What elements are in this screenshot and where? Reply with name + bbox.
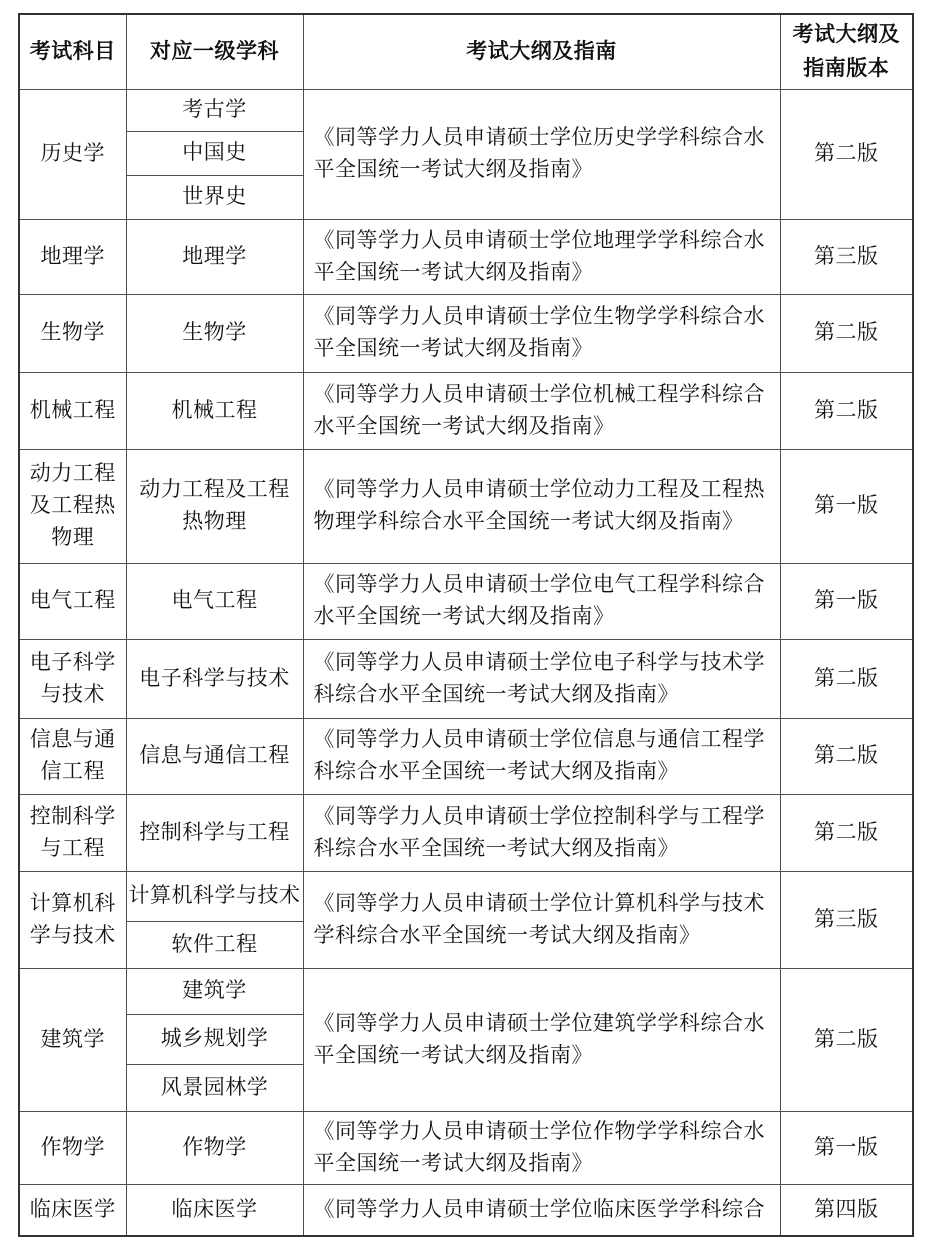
- guide-cell: 《同等学力人员申请硕士学位建筑学学科综合水 平全国统一考试大纲及指南》: [303, 968, 780, 1111]
- discipline-cell: 建筑学: [126, 968, 303, 1014]
- subject-cell: 建筑学: [19, 968, 126, 1111]
- guide-cell: 《同等学力人员申请硕士学位历史学学科综合水 平全国统一考试大纲及指南》: [303, 89, 780, 219]
- header-row: 考试科目 对应一级学科 考试大纲及指南 考试大纲及 指南版本: [19, 14, 913, 89]
- subject-cell: 临床医学: [19, 1184, 126, 1236]
- col-header-discipline: 对应一级学科: [126, 14, 303, 89]
- discipline-cell: 生物学: [126, 294, 303, 372]
- version-cell: 第一版: [780, 1111, 913, 1184]
- subject-cell: 计算机科 学与技术: [19, 871, 126, 968]
- table-row: 控制科学 与工程 控制科学与工程 《同等学力人员申请硕士学位控制科学与工程学 科…: [19, 794, 913, 871]
- table-row: 计算机科 学与技术 计算机科学与技术 《同等学力人员申请硕士学位计算机科学与技术…: [19, 871, 913, 921]
- col-header-subject: 考试科目: [19, 14, 126, 89]
- subject-cell: 控制科学 与工程: [19, 794, 126, 871]
- table-row: 信息与通 信工程 信息与通信工程 《同等学力人员申请硕士学位信息与通信工程学 科…: [19, 718, 913, 794]
- subject-cell: 作物学: [19, 1111, 126, 1184]
- version-cell: 第二版: [780, 89, 913, 219]
- table-row: 临床医学 临床医学 《同等学力人员申请硕士学位临床医学学科综合 第四版: [19, 1184, 913, 1236]
- exam-subjects-table: 考试科目 对应一级学科 考试大纲及指南 考试大纲及 指南版本 历史学 考古学 《…: [18, 13, 914, 1237]
- table-row: 机械工程 机械工程 《同等学力人员申请硕士学位机械工程学科综合 水平全国统一考试…: [19, 372, 913, 449]
- guide-cell: 《同等学力人员申请硕士学位机械工程学科综合 水平全国统一考试大纲及指南》: [303, 372, 780, 449]
- subject-cell: 电气工程: [19, 563, 126, 639]
- subject-cell: 历史学: [19, 89, 126, 219]
- discipline-cell: 中国史: [126, 131, 303, 175]
- subject-cell: 动力工程 及工程热 物理: [19, 449, 126, 563]
- subject-cell: 地理学: [19, 219, 126, 294]
- subject-cell: 电子科学 与技术: [19, 639, 126, 718]
- version-cell: 第一版: [780, 449, 913, 563]
- col-header-version: 考试大纲及 指南版本: [780, 14, 913, 89]
- version-cell: 第三版: [780, 219, 913, 294]
- table-row: 作物学 作物学 《同等学力人员申请硕士学位作物学学科综合水 平全国统一考试大纲及…: [19, 1111, 913, 1184]
- table-row: 电子科学 与技术 电子科学与技术 《同等学力人员申请硕士学位电子科学与技术学 科…: [19, 639, 913, 718]
- document-page: 考试科目 对应一级学科 考试大纲及指南 考试大纲及 指南版本 历史学 考古学 《…: [0, 0, 936, 1257]
- discipline-cell: 信息与通信工程: [126, 718, 303, 794]
- discipline-cell: 世界史: [126, 175, 303, 219]
- table-row: 电气工程 电气工程 《同等学力人员申请硕士学位电气工程学科综合 水平全国统一考试…: [19, 563, 913, 639]
- table-row: 历史学 考古学 《同等学力人员申请硕士学位历史学学科综合水 平全国统一考试大纲及…: [19, 89, 913, 131]
- version-cell: 第二版: [780, 718, 913, 794]
- guide-cell: 《同等学力人员申请硕士学位地理学学科综合水 平全国统一考试大纲及指南》: [303, 219, 780, 294]
- table-row: 生物学 生物学 《同等学力人员申请硕士学位生物学学科综合水 平全国统一考试大纲及…: [19, 294, 913, 372]
- discipline-cell: 电子科学与技术: [126, 639, 303, 718]
- guide-cell: 《同等学力人员申请硕士学位动力工程及工程热 物理学科综合水平全国统一考试大纲及指…: [303, 449, 780, 563]
- discipline-cell: 机械工程: [126, 372, 303, 449]
- table-row: 动力工程 及工程热 物理 动力工程及工程 热物理 《同等学力人员申请硕士学位动力…: [19, 449, 913, 563]
- discipline-cell: 地理学: [126, 219, 303, 294]
- discipline-cell: 动力工程及工程 热物理: [126, 449, 303, 563]
- version-cell: 第一版: [780, 563, 913, 639]
- guide-cell: 《同等学力人员申请硕士学位作物学学科综合水 平全国统一考试大纲及指南》: [303, 1111, 780, 1184]
- discipline-cell: 控制科学与工程: [126, 794, 303, 871]
- subject-cell: 生物学: [19, 294, 126, 372]
- guide-cell: 《同等学力人员申请硕士学位控制科学与工程学 科综合水平全国统一考试大纲及指南》: [303, 794, 780, 871]
- guide-cell: 《同等学力人员申请硕士学位信息与通信工程学 科综合水平全国统一考试大纲及指南》: [303, 718, 780, 794]
- col-header-guide: 考试大纲及指南: [303, 14, 780, 89]
- subject-cell: 信息与通 信工程: [19, 718, 126, 794]
- guide-cell: 《同等学力人员申请硕士学位临床医学学科综合: [303, 1184, 780, 1236]
- discipline-cell: 计算机科学与技术: [126, 871, 303, 921]
- discipline-cell: 软件工程: [126, 921, 303, 968]
- discipline-cell: 电气工程: [126, 563, 303, 639]
- version-cell: 第二版: [780, 639, 913, 718]
- discipline-cell: 作物学: [126, 1111, 303, 1184]
- version-cell: 第二版: [780, 294, 913, 372]
- table-row: 地理学 地理学 《同等学力人员申请硕士学位地理学学科综合水 平全国统一考试大纲及…: [19, 219, 913, 294]
- subject-cell: 机械工程: [19, 372, 126, 449]
- guide-cell: 《同等学力人员申请硕士学位电气工程学科综合 水平全国统一考试大纲及指南》: [303, 563, 780, 639]
- version-cell: 第三版: [780, 871, 913, 968]
- discipline-cell: 考古学: [126, 89, 303, 131]
- version-cell: 第二版: [780, 794, 913, 871]
- version-cell: 第二版: [780, 372, 913, 449]
- version-cell: 第二版: [780, 968, 913, 1111]
- version-cell: 第四版: [780, 1184, 913, 1236]
- discipline-cell: 风景园林学: [126, 1064, 303, 1111]
- table-row: 建筑学 建筑学 《同等学力人员申请硕士学位建筑学学科综合水 平全国统一考试大纲及…: [19, 968, 913, 1014]
- guide-cell: 《同等学力人员申请硕士学位计算机科学与技术 学科综合水平全国统一考试大纲及指南》: [303, 871, 780, 968]
- discipline-cell: 临床医学: [126, 1184, 303, 1236]
- guide-cell: 《同等学力人员申请硕士学位生物学学科综合水 平全国统一考试大纲及指南》: [303, 294, 780, 372]
- guide-cell: 《同等学力人员申请硕士学位电子科学与技术学 科综合水平全国统一考试大纲及指南》: [303, 639, 780, 718]
- discipline-cell: 城乡规划学: [126, 1014, 303, 1064]
